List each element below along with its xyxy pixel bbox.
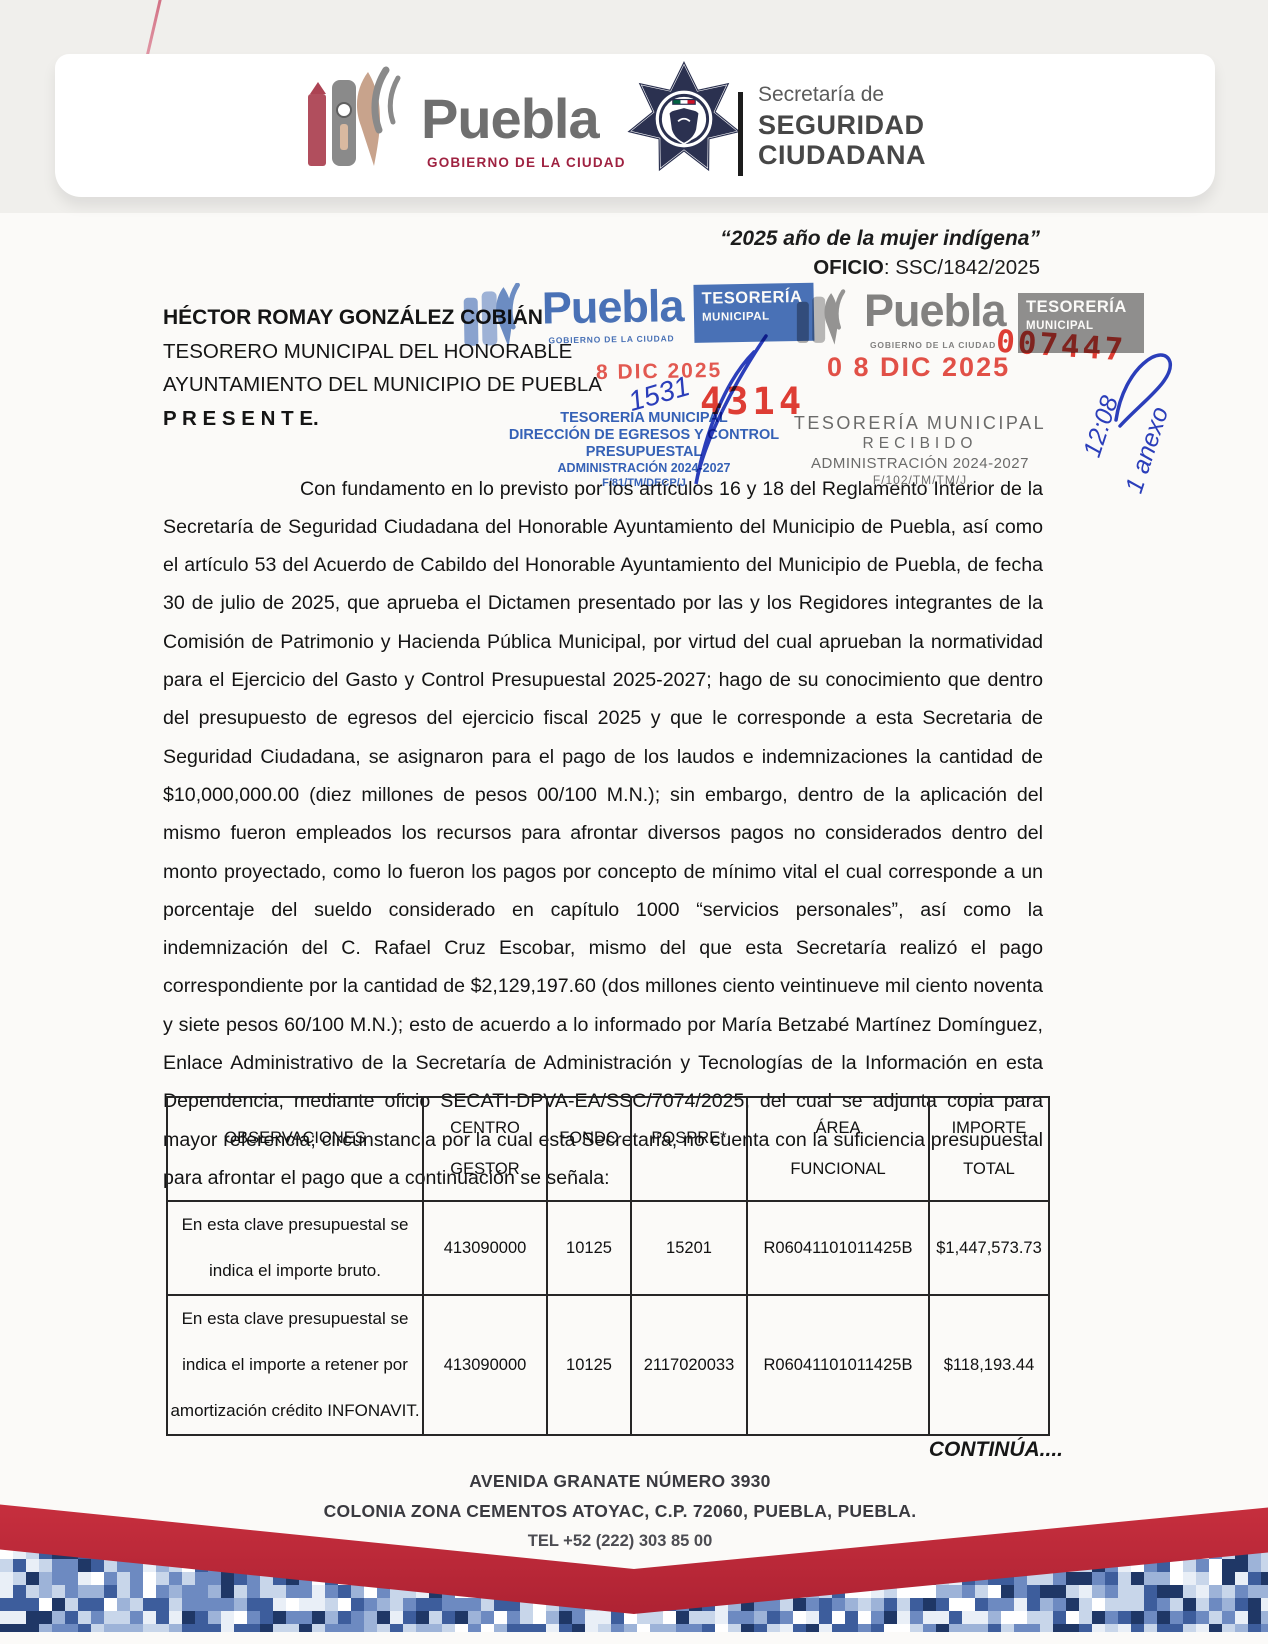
- oficio-label: OFICIO: [813, 256, 884, 279]
- oficio-number: OFICIO: SSC/1842/2025: [813, 256, 1040, 280]
- table-header-cell: OBSERVACIONES: [167, 1097, 423, 1201]
- letterhead: Puebla GOBIERNO DE LA CIUDAD Secretaría …: [55, 54, 1215, 197]
- org-line1: Secretaría de: [758, 80, 926, 110]
- puebla-wordmark: Puebla: [421, 86, 599, 151]
- stamp-tagline: GOBIERNO DE LA CIUDAD: [548, 333, 674, 345]
- stamp-wordmark: Puebla: [541, 280, 683, 334]
- cell-area-funcional: R06041101011425B: [747, 1295, 929, 1435]
- cell-centro-gestor: 413090000: [423, 1201, 547, 1295]
- puebla-city-logo-icon: [298, 64, 416, 176]
- table-header-cell: FONDO: [547, 1097, 631, 1201]
- document-page: Puebla GOBIERNO DE LA CIUDAD Secretaría …: [0, 0, 1268, 1644]
- cell-observaciones: En esta clave presupuestal se indica el …: [167, 1295, 423, 1435]
- table-body: En esta clave presupuestal se indica el …: [167, 1201, 1049, 1435]
- budget-table: OBSERVACIONES CENTRO GESTOR F: [166, 1096, 1050, 1436]
- continuation-note: CONTINÚA....: [929, 1438, 1063, 1462]
- received-date-stamp-right: 0 8 DIC 2025: [827, 352, 1010, 383]
- table-header-cell: IMPORTE TOTAL: [929, 1097, 1049, 1201]
- table-row: En esta clave presupuestal se indica el …: [167, 1295, 1049, 1435]
- table-header-cell: CENTRO GESTOR: [423, 1097, 547, 1201]
- cell-fondo: 10125: [547, 1201, 631, 1295]
- cell-pospre: 15201: [631, 1201, 747, 1295]
- footer-street: AVENIDA GRANATE NÚMERO 3930: [0, 1466, 1240, 1496]
- police-badge-icon: [625, 60, 743, 178]
- puebla-tagline: GOBIERNO DE LA CIUDAD: [427, 155, 626, 170]
- cell-importe-total: $1,447,573.73: [929, 1201, 1049, 1295]
- header-divider: [738, 92, 743, 176]
- cell-pospre: 2117020033: [631, 1295, 747, 1435]
- table-row: En esta clave presupuestal se indica el …: [167, 1201, 1049, 1295]
- cell-observaciones: En esta clave presupuestal se indica el …: [167, 1201, 423, 1295]
- table-header-cell: ÁREA FUNCIONAL: [747, 1097, 929, 1201]
- recipient-entity: AYUNTAMIENTO DEL MUNICIPIO DE PUEBLA: [163, 368, 602, 402]
- cell-fondo: 10125: [547, 1295, 631, 1435]
- stamp-tagline: GOBIERNO DE LA CIUDAD: [870, 340, 996, 350]
- table-header-cell: POSPRE*: [631, 1097, 747, 1201]
- org-line3: CIUDADANA: [758, 140, 926, 170]
- cell-area-funcional: R06041101011425B: [747, 1201, 929, 1295]
- stamp-wordmark: Puebla: [864, 285, 1006, 337]
- year-motto: “2025 año de la mujer indígena”: [720, 227, 1040, 251]
- signature-loop: [1106, 336, 1186, 431]
- table-header-row: OBSERVACIONES CENTRO GESTOR F: [167, 1097, 1049, 1201]
- body-paragraph: Con fundamento en lo previsto por los ar…: [163, 470, 1043, 1198]
- secretaria-title: Secretaría de SEGURIDAD CIUDADANA: [758, 80, 926, 170]
- org-line2: SEGURIDAD: [758, 110, 926, 140]
- cell-importe-total: $118,193.44: [929, 1295, 1049, 1435]
- bottom-decoration: [0, 1494, 1268, 1644]
- cell-centro-gestor: 413090000: [423, 1295, 547, 1435]
